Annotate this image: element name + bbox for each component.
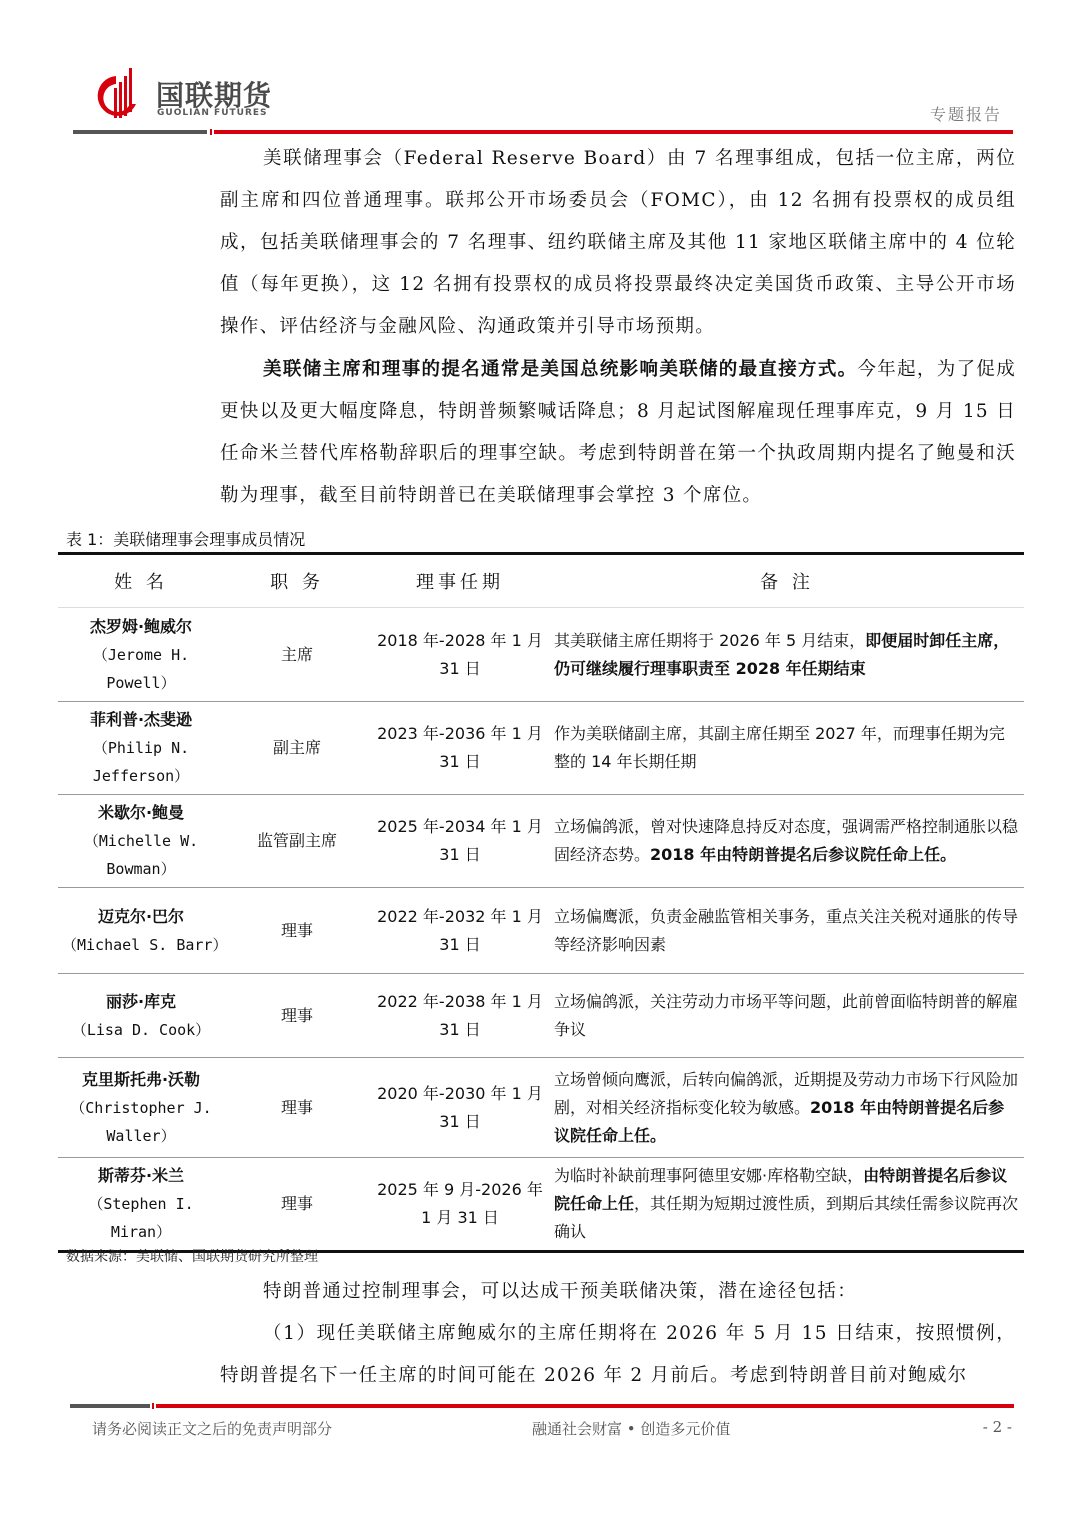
cell-note: 立场偏鸽派，关注劳动力市场平等问题，此前曾面临特朗普的解雇争议: [550, 974, 1024, 1058]
note-text: 其美联储主席任期将于 2026 年 5 月结束，: [554, 631, 865, 650]
header-divider: [73, 130, 1013, 134]
note-text: 作为美联储副主席，其副主席任期至 2027 年，而理事任期为完整的 14 年长期…: [554, 724, 1005, 771]
page-number: - 2 -: [983, 1418, 1012, 1436]
table-row: 斯蒂芬·米兰 （Stephen I. Miran） 理事 2025 年 9 月-…: [58, 1158, 1024, 1252]
member-name-cn: 丽莎·库克: [62, 988, 220, 1016]
table-row: 杰罗姆·鲍威尔 （Jerome H. Powell） 主席 2018 年-202…: [58, 608, 1024, 702]
cell-name: 克里斯托弗·沃勒 （Christopher J. Waller）: [58, 1058, 224, 1158]
cell-name: 菲利普·杰斐逊 （Philip N. Jefferson）: [58, 702, 224, 795]
cell-term: 2020 年-2030 年 1 月 31 日: [370, 1058, 550, 1158]
footer-disclaimer: 请务必阅读正文之后的免责声明部分: [92, 1418, 332, 1439]
cell-name: 斯蒂芬·米兰 （Stephen I. Miran）: [58, 1158, 224, 1252]
member-name-en: （Stephen I. Miran）: [62, 1190, 220, 1246]
member-name-en: （Jerome H. Powell）: [62, 641, 220, 697]
note-text: 立场偏鹰派，负责金融监管相关事务，重点关注关税对通胀的传导等经济影响因素: [554, 907, 1018, 954]
table-header-row: 姓 名 职 务 理事任期 备 注: [58, 554, 1024, 608]
table-row: 迈克尔·巴尔 （Michael S. Barr） 理事 2022 年-2032 …: [58, 888, 1024, 974]
member-name-en: （Michael S. Barr）: [62, 931, 220, 959]
cell-term: 2018 年-2028 年 1 月 31 日: [370, 608, 550, 702]
column-header-role: 职 务: [224, 554, 370, 608]
member-name-en: （Philip N. Jefferson）: [62, 734, 220, 790]
cell-role: 主席: [224, 608, 370, 702]
cell-role: 理事: [224, 1058, 370, 1158]
footer-divider: [70, 1404, 1014, 1408]
cell-role: 副主席: [224, 702, 370, 795]
footer-slogan: 融通社会财富 • 创造多元价值: [532, 1418, 730, 1439]
member-name-cn: 米歇尔·鲍曼: [62, 799, 220, 827]
cell-term: 2022 年-2032 年 1 月 31 日: [370, 888, 550, 974]
board-members-table: 姓 名 职 务 理事任期 备 注 杰罗姆·鲍威尔 （Jerome H. Powe…: [58, 552, 1024, 1253]
note-text: 立场偏鸽派，关注劳动力市场平等问题，此前曾面临特朗普的解雇争议: [554, 992, 1018, 1039]
paragraph-presidential-influence: 美联储主席和理事的提名通常是美国总统影响美联储的最直接方式。今年起，为了促成更快…: [220, 349, 1016, 517]
member-name-cn: 菲利普·杰斐逊: [62, 706, 220, 734]
cell-name: 米歇尔·鲍曼 （Michelle W. Bowman）: [58, 795, 224, 888]
member-name-en: （Christopher J. Waller）: [62, 1094, 220, 1150]
member-name-en: （Lisa D. Cook）: [62, 1016, 220, 1044]
paragraph-intervention-paths: 特朗普通过控制理事会，可以达成干预美联储决策，潜在途径包括：: [220, 1271, 1016, 1313]
brand-name-en: GUOLIAN FUTURES: [157, 108, 268, 118]
member-name-cn: 斯蒂芬·米兰: [62, 1162, 220, 1190]
table-row: 米歇尔·鲍曼 （Michelle W. Bowman） 监管副主席 2025 年…: [58, 795, 1024, 888]
column-header-note: 备 注: [550, 554, 1024, 608]
member-name-cn: 杰罗姆·鲍威尔: [62, 613, 220, 641]
cell-role: 理事: [224, 974, 370, 1058]
cell-role: 理事: [224, 888, 370, 974]
guolian-logo-icon: [94, 66, 142, 124]
column-header-name: 姓 名: [58, 554, 224, 608]
cell-note: 立场曾倾向鹰派，后转向偏鸽派，近期提及劳动力市场下行风险加剧，对相关经济指标变化…: [550, 1058, 1024, 1158]
paragraph-board-composition: 美联储理事会（Federal Reserve Board）由 7 名理事组成，包…: [220, 138, 1016, 348]
key-point-bold: 美联储主席和理事的提名通常是美国总统影响美联储的最直接方式。: [263, 359, 857, 380]
cell-term: 2025 年 9 月-2026 年 1 月 31 日: [370, 1158, 550, 1252]
table-source-note: 数据来源：美联储、国联期货研究所整理: [66, 1246, 318, 1266]
table-row: 菲利普·杰斐逊 （Philip N. Jefferson） 副主席 2023 年…: [58, 702, 1024, 795]
paragraph-point-1: （1）现任美联储主席鲍威尔的主席任期将在 2026 年 5 月 15 日结束，按…: [220, 1313, 1016, 1397]
paragraph-text: 今年起，为了促成更快以及更大幅度降息，特朗普频繁喊话降息；8 月起试图解雇现任理…: [220, 359, 1016, 506]
cell-name: 迈克尔·巴尔 （Michael S. Barr）: [58, 888, 224, 974]
cell-name: 杰罗姆·鲍威尔 （Jerome H. Powell）: [58, 608, 224, 702]
member-name-en: （Michelle W. Bowman）: [62, 827, 220, 883]
note-text: 为临时补缺前理事阿德里安娜·库格勒空缺，: [554, 1166, 863, 1185]
table-title: 表 1：美联储理事会理事成员情况: [66, 527, 305, 550]
cell-note: 其美联储主席任期将于 2026 年 5 月结束，即便届时卸任主席，仍可继续履行理…: [550, 608, 1024, 702]
cell-role: 监管副主席: [224, 795, 370, 888]
cell-term: 2023 年-2036 年 1 月 31 日: [370, 702, 550, 795]
document-type-label: 专题报告: [930, 102, 1002, 125]
note-text-bold: 2018 年由特朗普提名后参议院任命上任。: [650, 845, 956, 864]
cell-term: 2022 年-2038 年 1 月 31 日: [370, 974, 550, 1058]
member-name-cn: 迈克尔·巴尔: [62, 903, 220, 931]
column-header-term: 理事任期: [370, 554, 550, 608]
table-row: 丽莎·库克 （Lisa D. Cook） 理事 2022 年-2038 年 1 …: [58, 974, 1024, 1058]
cell-term: 2025 年-2034 年 1 月 31 日: [370, 795, 550, 888]
cell-note: 为临时补缺前理事阿德里安娜·库格勒空缺，由特朗普提名后参议院任命上任，其任期为短…: [550, 1158, 1024, 1252]
cell-name: 丽莎·库克 （Lisa D. Cook）: [58, 974, 224, 1058]
cell-role: 理事: [224, 1158, 370, 1252]
cell-note: 作为美联储副主席，其副主席任期至 2027 年，而理事任期为完整的 14 年长期…: [550, 702, 1024, 795]
member-name-cn: 克里斯托弗·沃勒: [62, 1066, 220, 1094]
cell-note: 立场偏鸽派，曾对快速降息持反对态度，强调需严格控制通胀以稳固经济态势。2018 …: [550, 795, 1024, 888]
table-row: 克里斯托弗·沃勒 （Christopher J. Waller） 理事 2020…: [58, 1058, 1024, 1158]
cell-note: 立场偏鹰派，负责金融监管相关事务，重点关注关税对通胀的传导等经济影响因素: [550, 888, 1024, 974]
company-logo: 国联期货 GUOLIAN FUTURES: [94, 66, 294, 126]
